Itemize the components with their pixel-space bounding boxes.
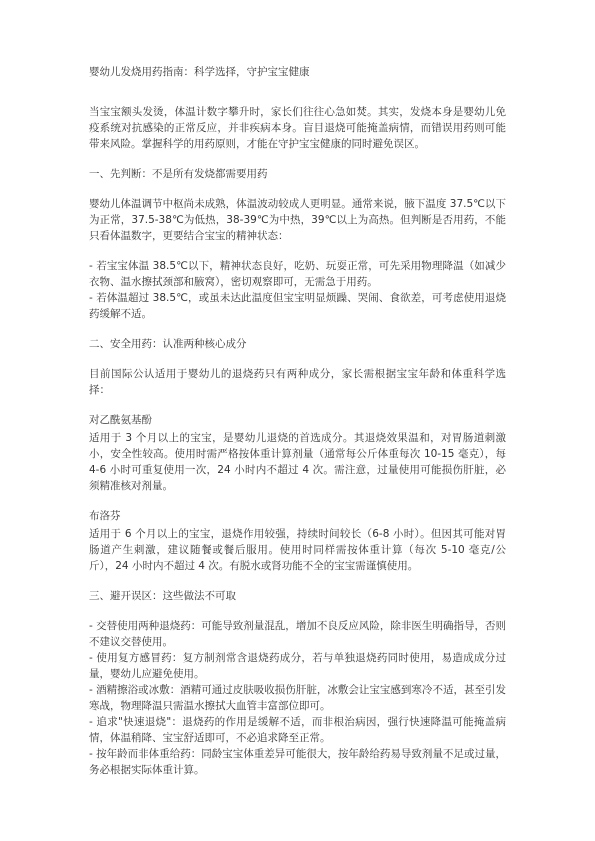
section-1-paragraph: 婴幼儿体温调节中枢尚未成熟，体温波动较成人更明显。通常来说，腋下温度 37.5℃… (89, 196, 506, 244)
intro-paragraph: 当宝宝额头发烫，体温计数字攀升时，家长们往往心急如焚。其实，发烧本身是婴幼儿免疫… (89, 104, 506, 152)
document-page: 婴幼儿发烧用药指南：科学选择，守护宝宝健康 当宝宝额头发烫，体温计数字攀升时，家… (0, 0, 595, 841)
bullet-item: - 若宝宝体温 38.5℃以下，精神状态良好，吃奶、玩耍正常，可先采用物理降温（… (89, 258, 506, 290)
bullet-item: - 酒精擦浴或冰敷：酒精可通过皮肤吸收损伤肝脏，冰敷会让宝宝感到寒冷不适，甚至引… (89, 682, 506, 714)
section-2-paragraph: 目前国际公认适用于婴幼儿的退烧药只有两种成分，家长需根据宝宝年龄和体重科学选择： (89, 366, 506, 398)
section-3-heading: 三、避开误区：这些做法不可取 (89, 588, 506, 604)
drug-name: 对乙酰氨基酚 (89, 412, 506, 428)
bullet-item: - 若体温超过 38.5℃，或虽未达此温度但宝宝明显烦躁、哭闹、食欲差，可考虑使… (89, 290, 506, 322)
section-2-heading: 二、安全用药：认准两种核心成分 (89, 336, 506, 352)
bullet-item: - 按年龄而非体重给药：同龄宝宝体重差异可能很大，按年龄给药易导致剂量不足或过量… (89, 746, 506, 778)
drug-description: 适用于 3 个月以上的宝宝，是婴幼儿退烧的首选成分。其退烧效果温和，对胃肠道刺激… (89, 430, 506, 494)
bullet-item: - 使用复方感冒药：复方制剂常含退烧药成分，若与单独退烧药同时使用，易造成成分过… (89, 650, 506, 682)
section-1-heading: 一、先判断：不是所有发烧都需要用药 (89, 166, 506, 182)
drug-description: 适用于 6 个月以上的宝宝，退烧作用较强，持续时间较长（6-8 小时）。但因其可… (89, 526, 506, 574)
drug-block-ibuprofen: 布洛芬 适用于 6 个月以上的宝宝，退烧作用较强，持续时间较长（6-8 小时）。… (89, 508, 506, 574)
bullet-item: - 交替使用两种退烧药：可能导致剂量混乱，增加不良反应风险，除非医生明确指导，否… (89, 618, 506, 650)
drug-block-acetaminophen: 对乙酰氨基酚 适用于 3 个月以上的宝宝，是婴幼儿退烧的首选成分。其退烧效果温和… (89, 412, 506, 494)
bullet-item: - 追求"快速退烧"：退烧药的作用是缓解不适，而非根治病因，强行快速降温可能掩盖… (89, 714, 506, 746)
section-3-bullet-list: - 交替使用两种退烧药：可能导致剂量混乱，增加不良反应风险，除非医生明确指导，否… (89, 618, 506, 778)
drug-name: 布洛芬 (89, 508, 506, 524)
section-1-bullet-list: - 若宝宝体温 38.5℃以下，精神状态良好，吃奶、玩耍正常，可先采用物理降温（… (89, 258, 506, 322)
document-title: 婴幼儿发烧用药指南：科学选择，守护宝宝健康 (89, 64, 506, 80)
